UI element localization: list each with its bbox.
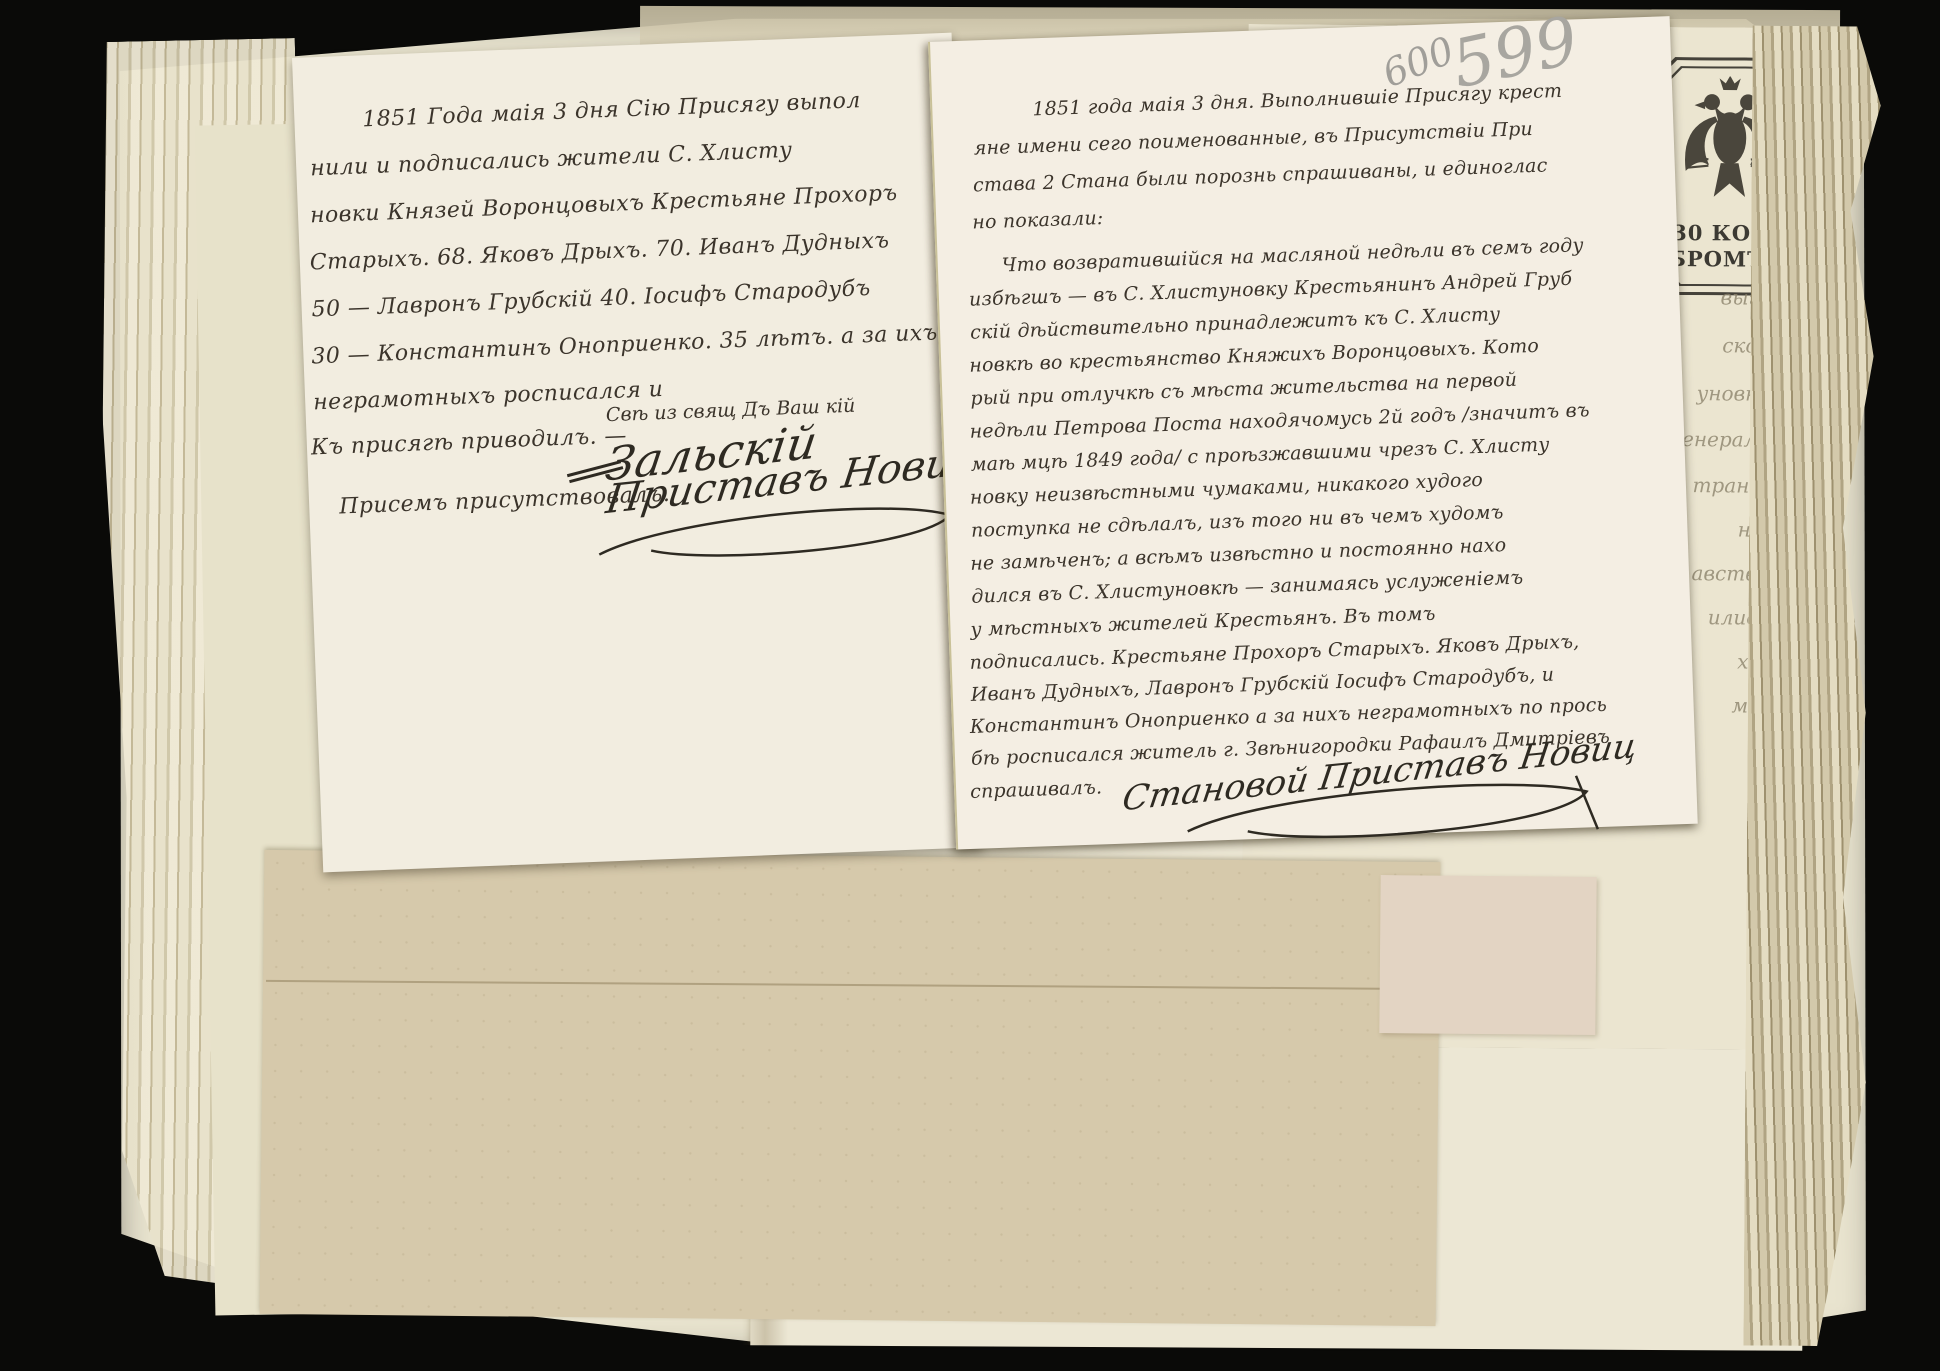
archival-photo: 30 КОП. БРОМЪ выго ской уновки Генералъ … bbox=[0, 0, 1940, 1371]
handwritten-line: Старыхъ. 68. Яковъ Дрыхъ. 70. Иванъ Дудн… bbox=[309, 228, 889, 275]
handwritten-line: 1851 Года маія 3 дня Сію Присягу выпол bbox=[362, 88, 861, 132]
signature-flourish bbox=[589, 488, 971, 573]
signature-flourish bbox=[1176, 761, 1609, 856]
handwritten-line: поступка не сдѣлалъ, изъ того ни въ чемъ… bbox=[971, 501, 1504, 542]
handwritten-line: но показали: bbox=[972, 207, 1104, 234]
handwritten-line: не замѣченъ; а всѣмъ извѣстно и постоянн… bbox=[970, 534, 1507, 575]
handwritten-line: 30 — Константинъ Оноприенко. 35 лѣтъ. а … bbox=[311, 320, 938, 369]
handwritten-line: нили и подписались жители С. Хлисту bbox=[310, 138, 793, 182]
handwritten-line: става 2 Стана были порознь спрашиваны, и… bbox=[973, 154, 1548, 196]
handwritten-line: новки Князей Воронцовыхъ Крестьяне Прохо… bbox=[310, 181, 898, 229]
handwritten-line: 50 — Лавронъ Грубскій 40. Іосифъ Староду… bbox=[311, 276, 871, 322]
left-manuscript-sheet: 1851 Года маія 3 дня Сію Присягу выпол н… bbox=[292, 33, 983, 873]
closing-label: спрашивалъ. bbox=[970, 776, 1103, 803]
handwritten-line: яне имени сего поименованные, въ Присутс… bbox=[973, 118, 1533, 160]
handwritten-line: новку неизвѣстными чумаками, никакого ху… bbox=[970, 469, 1484, 509]
handwritten-line: дился въ С. Хлистуновкѣ — занимаясь услу… bbox=[971, 567, 1524, 608]
handwritten-line: скій дѣйствительно принадлежитъ къ С. Хл… bbox=[970, 303, 1501, 343]
kraft-paper-sheet bbox=[260, 850, 1441, 1326]
handwritten-line: у мѣстныхъ жителей Крестьянъ. Въ томъ bbox=[970, 603, 1436, 641]
kraft-paper-corner bbox=[1379, 875, 1596, 1035]
right-manuscript-sheet: 1851 года маія 3 дня. Выполнившіе Присяг… bbox=[928, 16, 1698, 849]
